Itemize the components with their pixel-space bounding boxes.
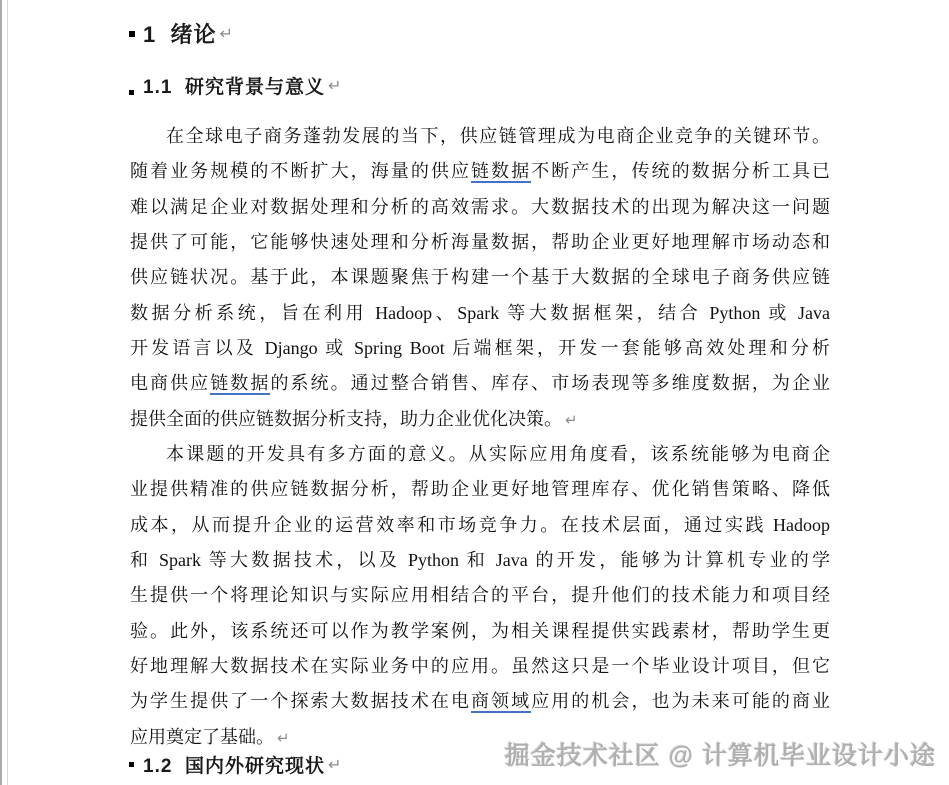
paragraph-mark-icon: ↵ [219, 24, 232, 43]
text-line: 好地理解大数据技术在实际业务中的应用。虽然这只是一个毕业设计项目，但它 [130, 649, 830, 684]
text-segment: 应用的机会，也为未来可能的商业 [531, 691, 830, 711]
paragraph-mark-icon: ↵ [328, 755, 341, 774]
heading-outline-bullet-icon [129, 90, 134, 95]
text-line: 本课题的开发具有多方面的意义。从实际应用角度看，该系统能够为电商企 [130, 437, 830, 472]
paragraph-mark-icon: ↵ [277, 729, 290, 747]
text-segment: 随着业务规模的不断扩大，海量的供应 [130, 161, 471, 181]
text-segment: 开发语言以及 Django 或 Spring Boot 后端框架，开发一套能够高… [130, 338, 830, 358]
text-segment: 提供了可能，它能够快速处理和分析海量数据，帮助企业更好地理解市场动态和 [130, 232, 830, 252]
page-left-margin-line [7, 0, 8, 785]
paragraph-research-background: 在全球电子商务蓬勃发展的当下，供应链管理成为电商企业竞争的关键环节。随着业务规模… [130, 119, 830, 437]
section-heading-1-2: 1.2 国内外研究现状↵ [129, 751, 341, 778]
text-line: 随着业务规模的不断扩大，海量的供应链数据不断产生，传统的数据分析工具已 [130, 154, 830, 189]
spellcheck-underlined-text: 链数据 [471, 161, 531, 183]
spellcheck-underlined-text: 商领域 [471, 691, 531, 713]
text-segment: 为学生提供了一个探索大数据技术在电 [130, 691, 471, 711]
text-line: 验。此外，该系统还可以作为教学案例，为相关课程提供实践素材，帮助学生更 [130, 614, 830, 649]
text-segment: 难以满足企业对数据处理和分析的高效需求。大数据技术的出现为解决这一问题 [130, 197, 830, 217]
section-heading-1-1: 1.1 研究背景与意义↵ [129, 72, 341, 99]
watermark-text: 掘金技术社区 @ 计算机毕业设计小途 [505, 736, 936, 772]
text-segment: 本课题的开发具有多方面的意义。从实际应用角度看，该系统能够为电商企 [166, 444, 830, 464]
text-line: 提供了可能，它能够快速处理和分析海量数据，帮助企业更好地理解市场动态和 [130, 225, 830, 260]
text-line: 难以满足企业对数据处理和分析的高效需求。大数据技术的出现为解决这一问题 [130, 190, 830, 225]
text-segment: 生提供一个将理论知识与实际应用相结合的平台，提升他们的技术能力和项目经 [130, 585, 830, 605]
text-segment: 应用奠定了基础。 [130, 727, 274, 747]
text-line: 数据分析系统，旨在利用 Hadoop、Spark 等大数据框架，结合 Pytho… [130, 296, 830, 331]
paragraph-research-significance: 本课题的开发具有多方面的意义。从实际应用角度看，该系统能够为电商企业提供精准的供… [130, 437, 830, 755]
document-page: 1 绪论↵ 1.1 研究背景与意义↵ 在全球电子商务蓬勃发展的当下，供应链管理成… [0, 0, 949, 785]
text-line: 提供全面的供应链数据分析支持，助力企业优化决策。↵ [130, 402, 830, 437]
text-line: 成本，从而提升企业的运营效率和市场竞争力。在技术层面，通过实践 Hadoop [130, 508, 830, 543]
text-segment: 验。此外，该系统还可以作为教学案例，为相关课程提供实践素材，帮助学生更 [130, 621, 830, 641]
text-segment: 的系统。通过整合销售、库存、市场表现等多维度数据，为企业 [270, 373, 830, 393]
heading-outline-bullet-icon [129, 762, 134, 767]
chapter-heading-label: 1 绪论 [143, 18, 216, 49]
text-segment: 供应链状况。基于此，本课题聚焦于构建一个基于大数据的全球电子商务供应链 [130, 267, 830, 287]
text-line: 和 Spark 等大数据技术，以及 Python 和 Java 的开发，能够为计… [130, 543, 830, 578]
text-segment: 在全球电子商务蓬勃发展的当下，供应链管理成为电商企业竞争的关键环节。 [166, 126, 830, 146]
text-segment: 和 Spark 等大数据技术，以及 Python 和 Java 的开发，能够为计… [130, 550, 830, 570]
chapter-heading: 1 绪论↵ [129, 18, 233, 49]
text-segment: 成本，从而提升企业的运营效率和市场竞争力。在技术层面，通过实践 Hadoop [130, 515, 830, 535]
page-left-edge-line [0, 0, 2, 785]
text-line: 业提供精准的供应链数据分析，帮助企业更好地管理库存、优化销售策略、降低 [130, 472, 830, 507]
text-segment: 不断产生，传统的数据分析工具已 [531, 161, 830, 181]
section-heading-1-1-label: 1.1 研究背景与意义 [143, 72, 325, 99]
text-segment: 提供全面的供应链数据分析支持，助力企业优化决策。 [130, 409, 562, 429]
text-line: 电商供应链数据的系统。通过整合销售、库存、市场表现等多维度数据，为企业 [130, 366, 830, 401]
text-line: 开发语言以及 Django 或 Spring Boot 后端框架，开发一套能够高… [130, 331, 830, 366]
text-segment: 好地理解大数据技术在实际业务中的应用。虽然这只是一个毕业设计项目，但它 [130, 656, 830, 676]
text-line: 在全球电子商务蓬勃发展的当下，供应链管理成为电商企业竞争的关键环节。 [130, 119, 830, 154]
paragraph-mark-icon: ↵ [565, 411, 578, 429]
paragraph-mark-icon: ↵ [328, 76, 341, 95]
spellcheck-underlined-text: 链数据 [210, 373, 270, 395]
text-line: 生提供一个将理论知识与实际应用相结合的平台，提升他们的技术能力和项目经 [130, 578, 830, 613]
text-line: 供应链状况。基于此，本课题聚焦于构建一个基于大数据的全球电子商务供应链 [130, 260, 830, 295]
heading-outline-bullet-icon [129, 31, 135, 37]
text-segment: 数据分析系统，旨在利用 Hadoop、Spark 等大数据框架，结合 Pytho… [130, 303, 830, 323]
text-segment: 电商供应 [130, 373, 210, 393]
section-heading-1-2-label: 1.2 国内外研究现状 [143, 751, 325, 778]
text-segment: 业提供精准的供应链数据分析，帮助企业更好地管理库存、优化销售策略、降低 [130, 479, 830, 499]
text-line: 为学生提供了一个探索大数据技术在电商领域应用的机会，也为未来可能的商业 [130, 684, 830, 719]
